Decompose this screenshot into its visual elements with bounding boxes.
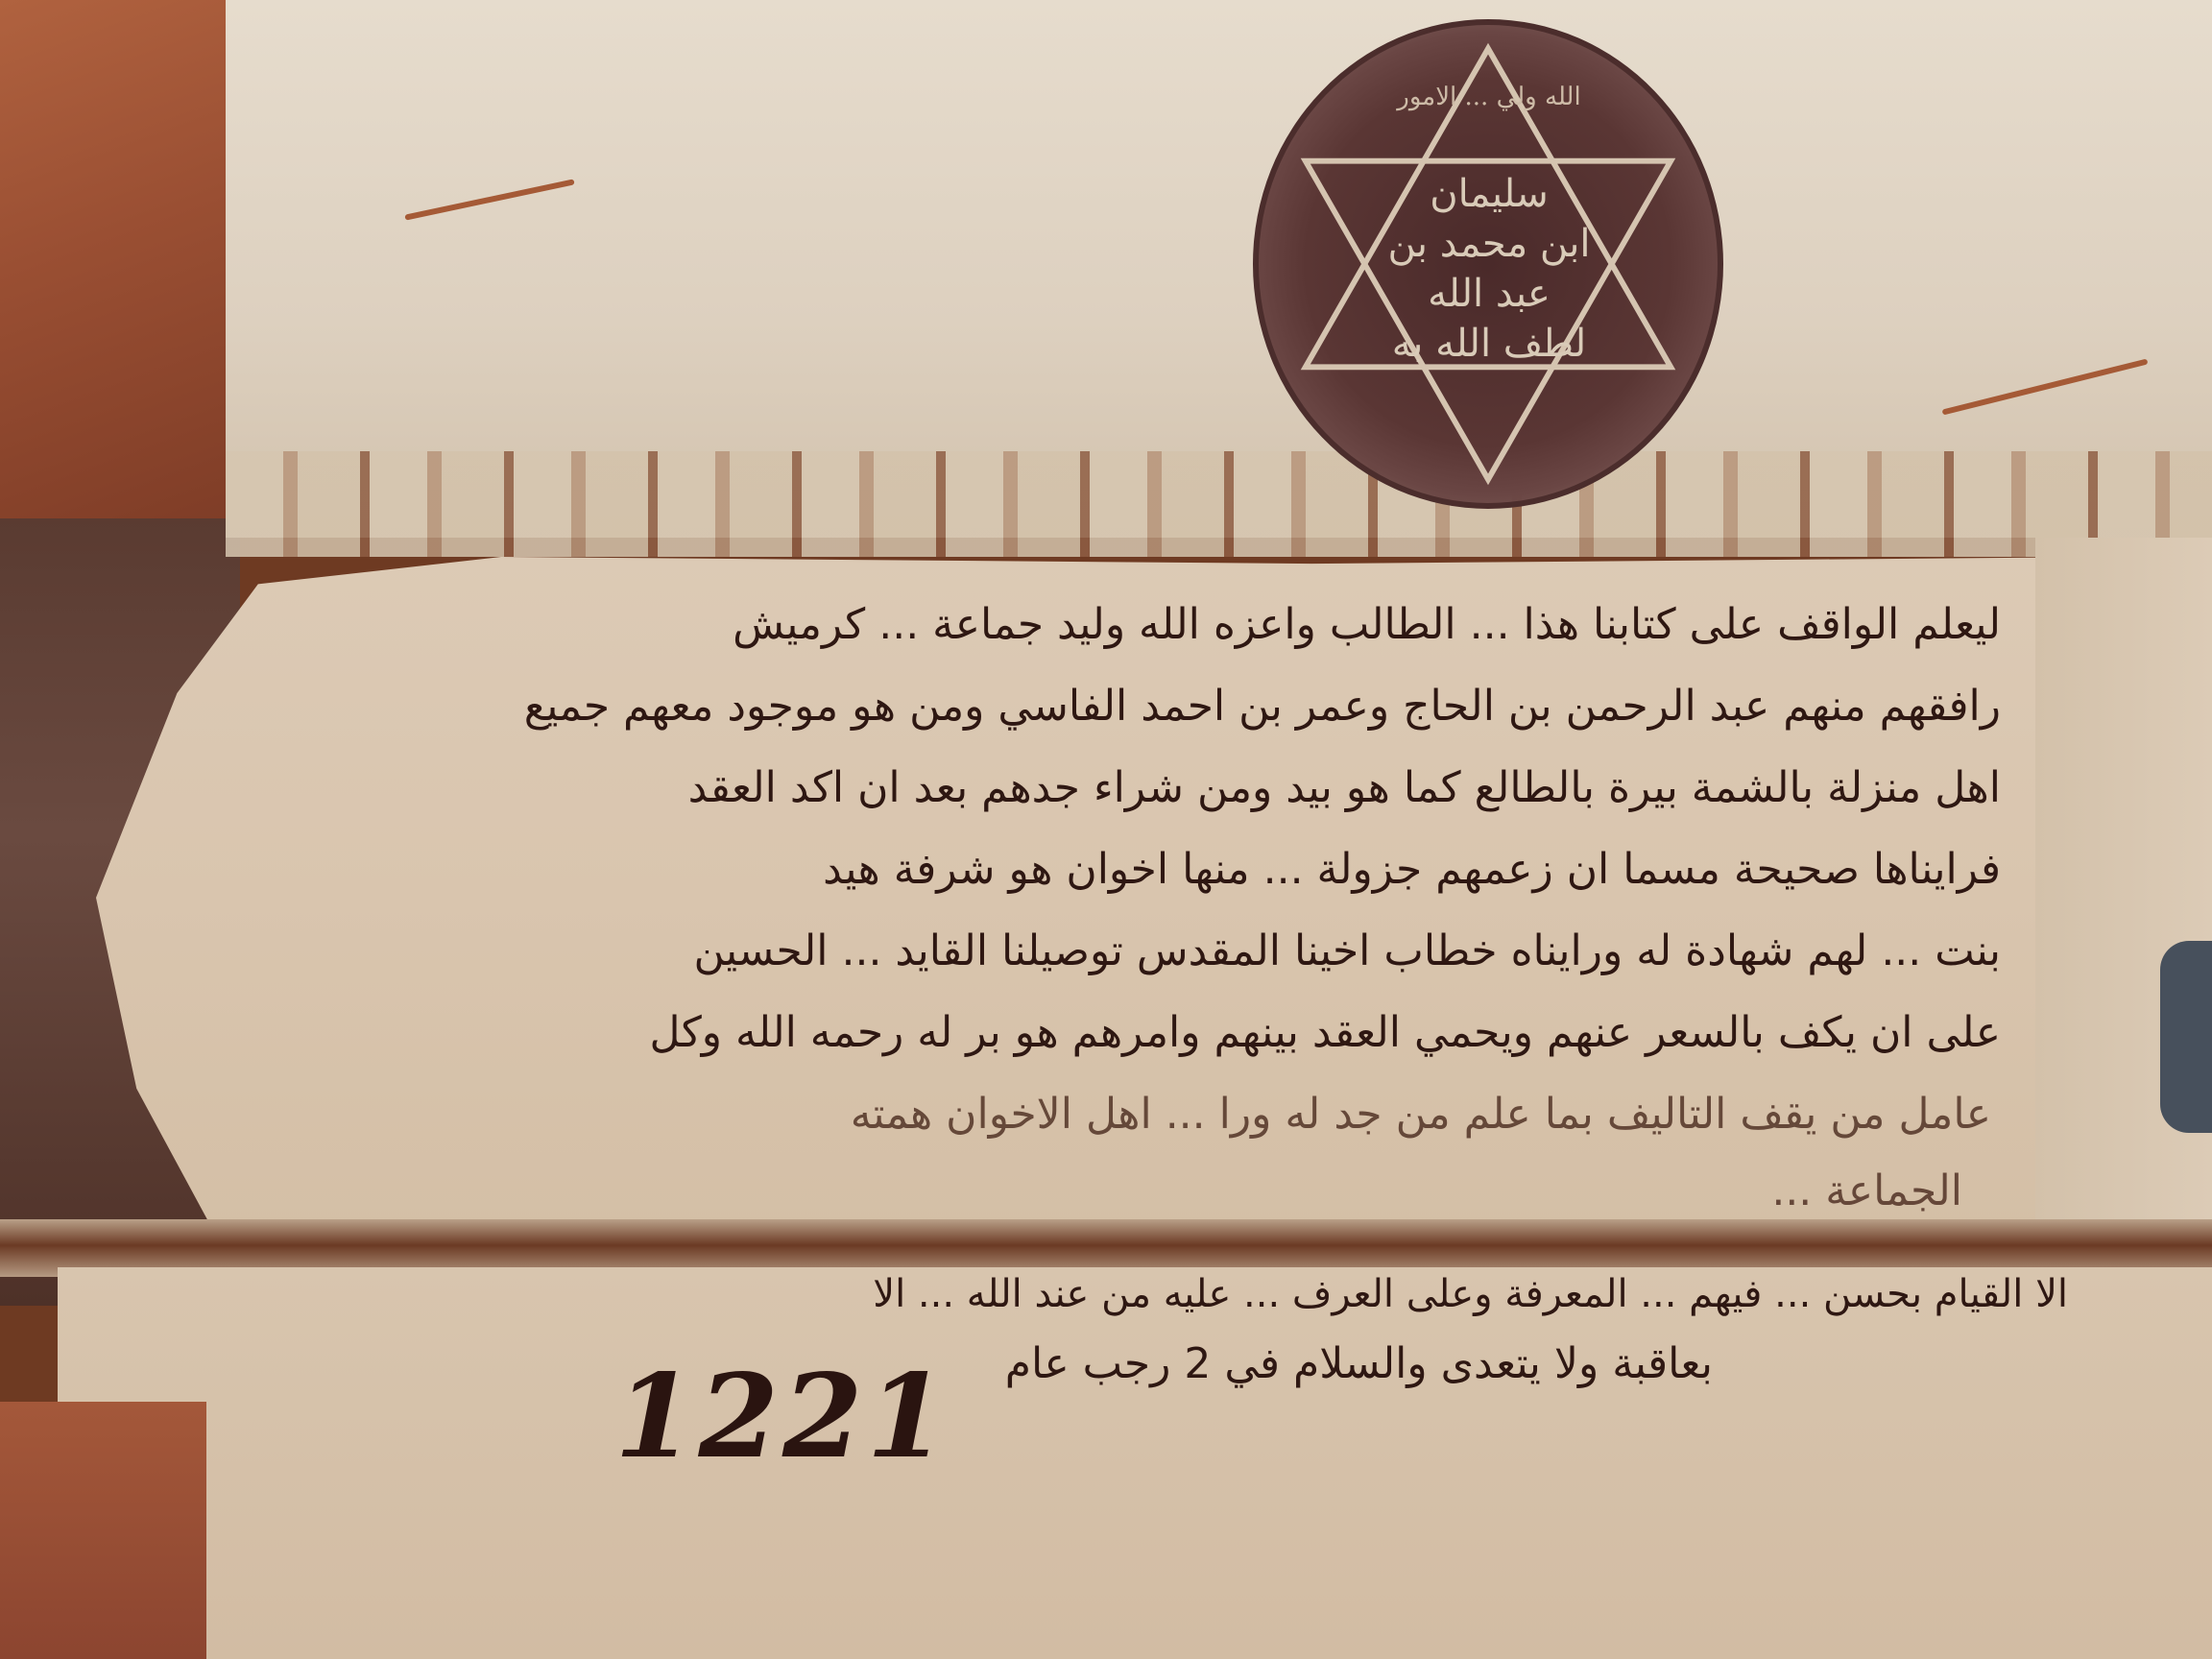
text-line-4: فرايناها صحيحة مسما ان زعمهم جزولة ... م… — [823, 845, 2001, 894]
seal-stamp: الله ولي ... الامور سليمان ابن محمد بن ع… — [1253, 19, 1723, 509]
text-line-7: عامل من يقف التاليف بما علم من جد له ورا… — [851, 1090, 1991, 1139]
text-line-2: رافقهم منهم عبد الرحمن بن الحاج وعمر بن … — [524, 682, 2001, 731]
seal-line: سليمان — [1364, 169, 1614, 219]
hijri-date: 1221 — [614, 1349, 950, 1484]
seal-ring-text: الله ولي ... الامور — [1316, 83, 1662, 111]
closing-line-2: بعاقبة ولا يتعدى والسلام في 2 رجب عام — [1005, 1339, 1713, 1388]
leather-binding-bottom-left — [0, 1402, 206, 1659]
seal-line: ابن محمد بن — [1364, 219, 1614, 269]
text-line-8: الجماعة ... — [1771, 1166, 1962, 1215]
text-line-3: اهل منزلة بالشمة بيرة بالطالع كما هو بيد… — [688, 763, 2001, 812]
seal-line: عبد الله — [1364, 269, 1614, 319]
text-line-1: ليعلم الواقف على كتابنا هذا ... الطالب و… — [733, 600, 2001, 649]
torn-fold-band — [226, 451, 2212, 557]
text-line-5: بنت ... لهم شهادة له ورايناه خطاب اخينا … — [693, 926, 2001, 975]
paper-bottom-section — [58, 1267, 2212, 1659]
seal-line: لطف الله به — [1364, 319, 1614, 369]
text-line-6: على ان يكف بالسعر عنهم ويحمي العقد بينهم… — [650, 1008, 2001, 1057]
leather-binding-left — [0, 0, 235, 518]
closing-line-1: الا القيام بحسن ... فيهم ... المعرفة وعل… — [873, 1272, 2068, 1316]
paper-right-strip — [2035, 538, 2212, 1267]
paper-hole — [2160, 941, 2212, 1133]
seal-center-text: سليمان ابن محمد بن عبد الله لطف الله به — [1364, 169, 1614, 369]
